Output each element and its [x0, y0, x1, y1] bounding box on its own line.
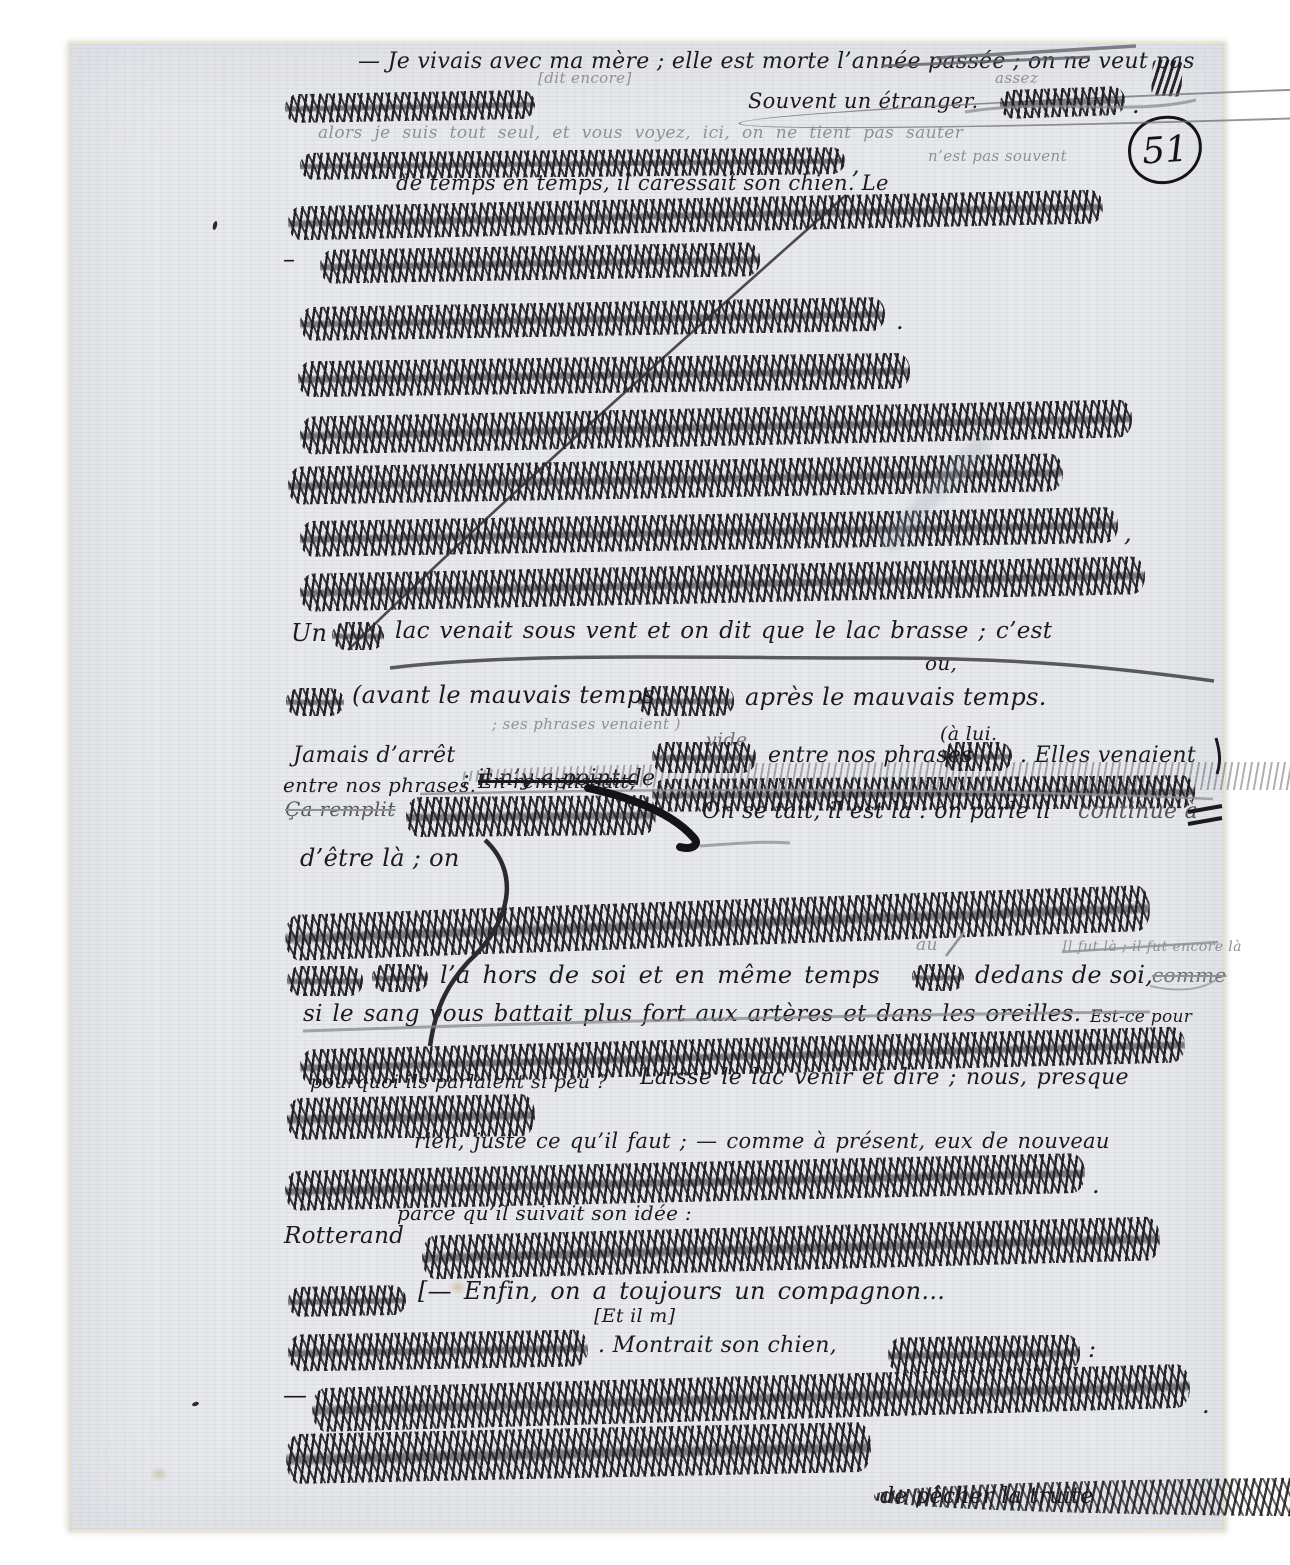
manuscript-line: dedans de soi,	[975, 962, 1153, 988]
line22-struck-text: si le sang vous battait plus fort aux ar…	[303, 1002, 1081, 1027]
line31-colon: :	[1088, 1336, 1096, 1362]
scribbled-out-words	[1000, 86, 1126, 119]
line8-period: .	[896, 308, 904, 334]
scribbled-out-word	[332, 622, 384, 650]
manuscript-line: Est-ce pour	[1090, 1008, 1192, 1027]
manuscript-line: l’a hors de soi et en même temps	[440, 962, 880, 988]
manuscript-line: Rotterand	[284, 1224, 404, 1249]
manuscript-line: après le mauvais temps.	[745, 684, 1047, 710]
line2-period: .	[1132, 92, 1140, 118]
manuscript-line: rien, juste ce qu’il faut ; — comme à pr…	[414, 1130, 1110, 1153]
manuscript-line: . Elles venaient	[1020, 744, 1196, 768]
line1-struck-text: on ne veut pas	[1028, 49, 1195, 74]
line7-dash: –	[283, 246, 295, 272]
line18-struck-text: Ça remplit	[285, 798, 396, 820]
scribbled-out-word	[652, 742, 756, 773]
line18-light-text: continue à	[1078, 800, 1198, 824]
manuscript-line: d’être là ; on	[300, 845, 460, 871]
pencil-interline-struck: Il fut là ; il fut encore là	[1062, 940, 1242, 955]
line17-struck-text: En remplissait,	[478, 770, 636, 792]
manuscript-line: parce qu’il suivait son idée :	[397, 1202, 692, 1224]
pencil-interline: au	[916, 936, 938, 955]
manuscript-line: . Montrait son chien,	[598, 1334, 837, 1358]
scribbled-out-words	[288, 1285, 407, 1317]
manuscript-line: (avant le mauvais temps	[352, 682, 655, 708]
scribbled-out-word	[942, 742, 1012, 771]
line1-text: — Je vivais avec ma mère ; elle est mort…	[358, 49, 1028, 74]
interline-correction: ou,	[925, 652, 957, 674]
manuscript-line: Laisse le lac venir et dire ; nous, pres…	[640, 1066, 1129, 1090]
pencil-interline: alors je suis tout seul, et vous voyez, …	[318, 124, 963, 143]
pencil-interline: n’est pas souvent	[928, 148, 1067, 165]
scribbled-out-word	[287, 966, 363, 996]
manuscript-line: Jamais d’arrêt	[293, 744, 456, 768]
pencil-interline: ; ses phrases venaient )	[492, 716, 681, 733]
manuscript-line: entre nos phrases.	[283, 774, 476, 796]
interline-correction: [Et il m]	[594, 1306, 675, 1327]
scribbled-out-word	[638, 686, 734, 716]
line27-period: .	[1092, 1172, 1100, 1198]
manuscript-line: lac venait sous vent et on dit que le la…	[395, 619, 1052, 644]
manuscript-line: pourquoi ils parlaient si peu ?	[310, 1072, 607, 1093]
scribbled-out-word	[372, 964, 428, 992]
manuscript-line: [— Enfin, on a toujours un compagnon...	[418, 1278, 945, 1304]
manuscript-line: de temps en temps, il caressait son chie…	[396, 172, 889, 195]
scribbled-out-words	[285, 90, 535, 123]
manuscript-scan: 51 — Je vivais avec ma mère ; elle est m…	[0, 0, 1290, 1565]
paper-stain	[146, 1464, 172, 1484]
page-number: 51	[1141, 128, 1190, 172]
line32-dash: —	[283, 1382, 307, 1408]
pencil-annotation: [dit encore]	[538, 70, 632, 87]
scribbled-out-words	[406, 795, 656, 837]
scribbled-out-word	[286, 688, 344, 716]
scribbled-out-word	[912, 964, 964, 991]
line33-overwritten-text: de pêcher la truite	[880, 1485, 1290, 1509]
pencil-annotation: assez	[995, 70, 1038, 87]
line32-period: .	[1202, 1392, 1210, 1418]
manuscript-line: On se tait, il est là : on parle il	[702, 800, 1051, 824]
scribbled-out-words	[288, 1329, 589, 1371]
line14-word: Un	[291, 620, 327, 646]
manuscript-line: — Je vivais avec ma mère ; elle est mort…	[358, 50, 1195, 74]
line21-struck-text: comme	[1152, 964, 1227, 986]
line12-comma: ,	[1124, 520, 1132, 546]
